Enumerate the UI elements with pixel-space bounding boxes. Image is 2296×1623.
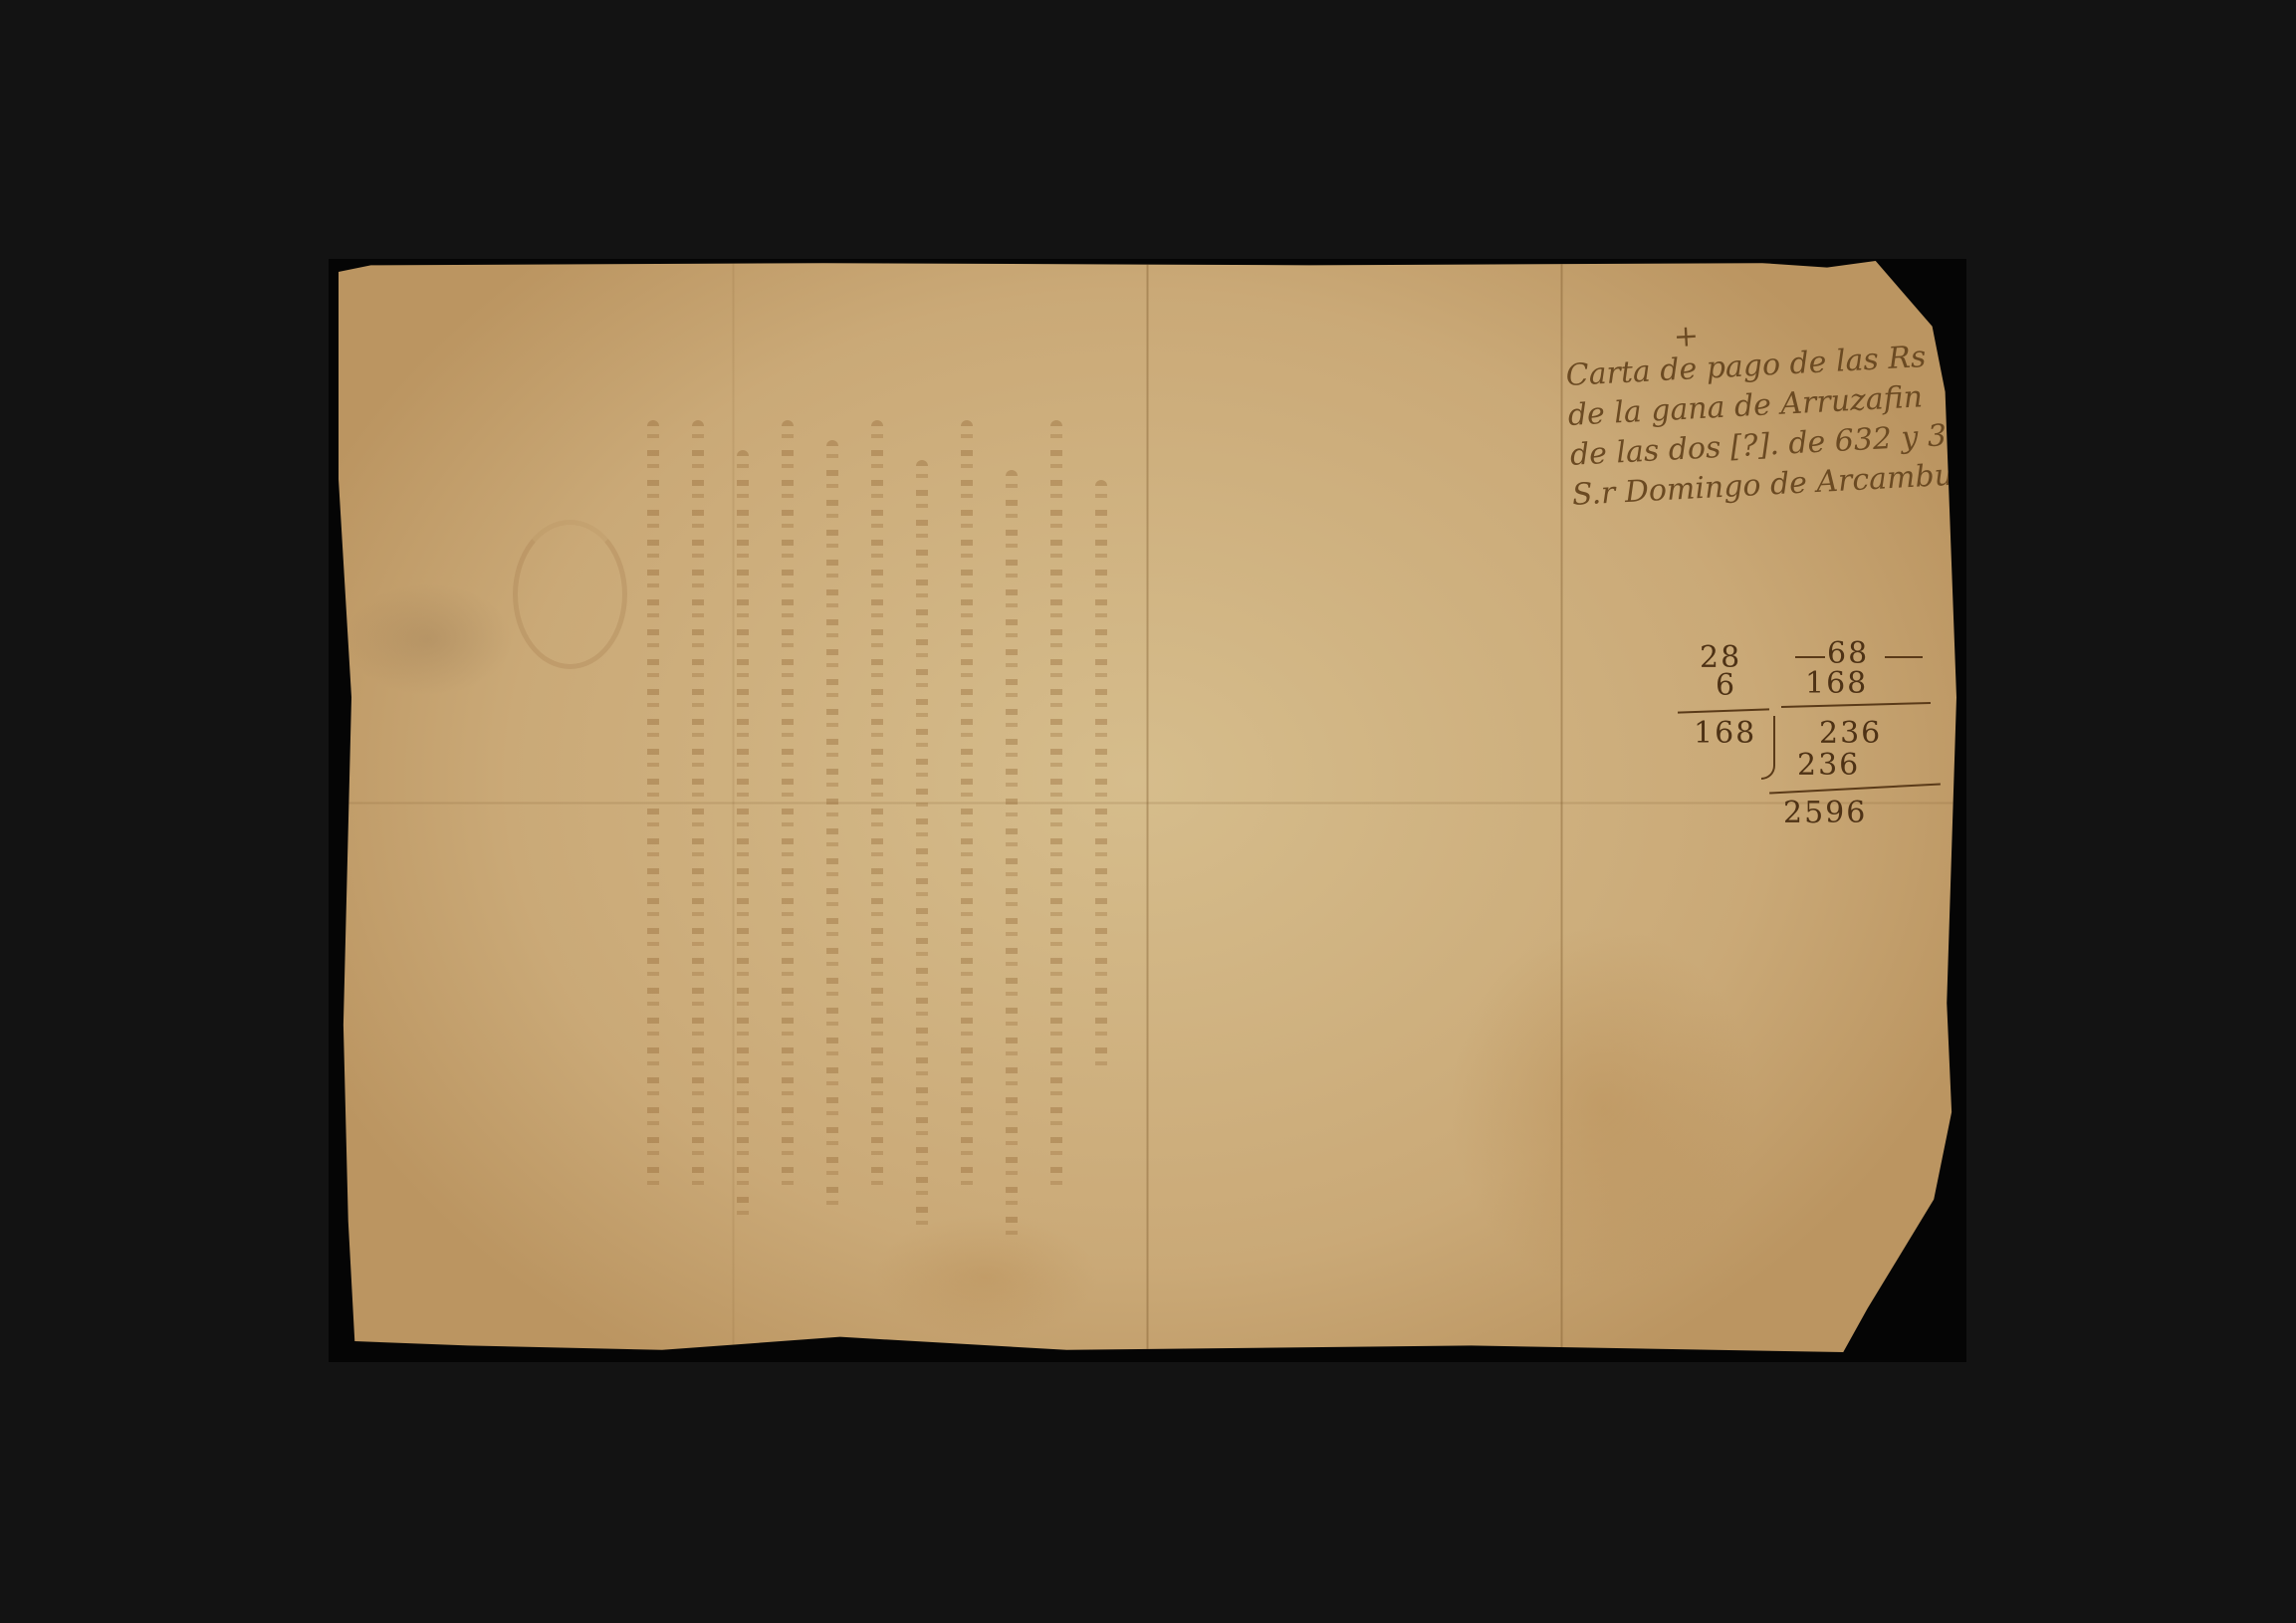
calc-multiplier: 6: [1716, 668, 1736, 703]
calc-right-row4: 236: [1797, 748, 1860, 783]
fold-line-right: [1560, 261, 1563, 1352]
arithmetic-calculation: 28 6 168 68 168 236 236 2596: [1678, 604, 1976, 843]
calc-dash-right: [1885, 656, 1923, 658]
calc-bracket: [1761, 716, 1775, 780]
calc-right-row2: 168: [1805, 666, 1868, 701]
calc-rule-right: [1781, 702, 1931, 708]
calc-product: 168: [1694, 716, 1756, 751]
endorsement-note: + Carta de pago de las Rs de la gana de …: [1563, 311, 1951, 516]
calc-right-row3: 236: [1819, 716, 1882, 751]
calc-rule-total: [1769, 784, 1941, 795]
calc-dash-left: [1795, 656, 1825, 658]
calc-total: 2596: [1783, 796, 1867, 830]
calc-rule-left: [1678, 708, 1769, 713]
bleed-through-text: [458, 380, 1155, 1276]
decorative-initial: [513, 520, 627, 669]
manuscript-sheet: + Carta de pago de las Rs de la gana de …: [339, 261, 1956, 1352]
